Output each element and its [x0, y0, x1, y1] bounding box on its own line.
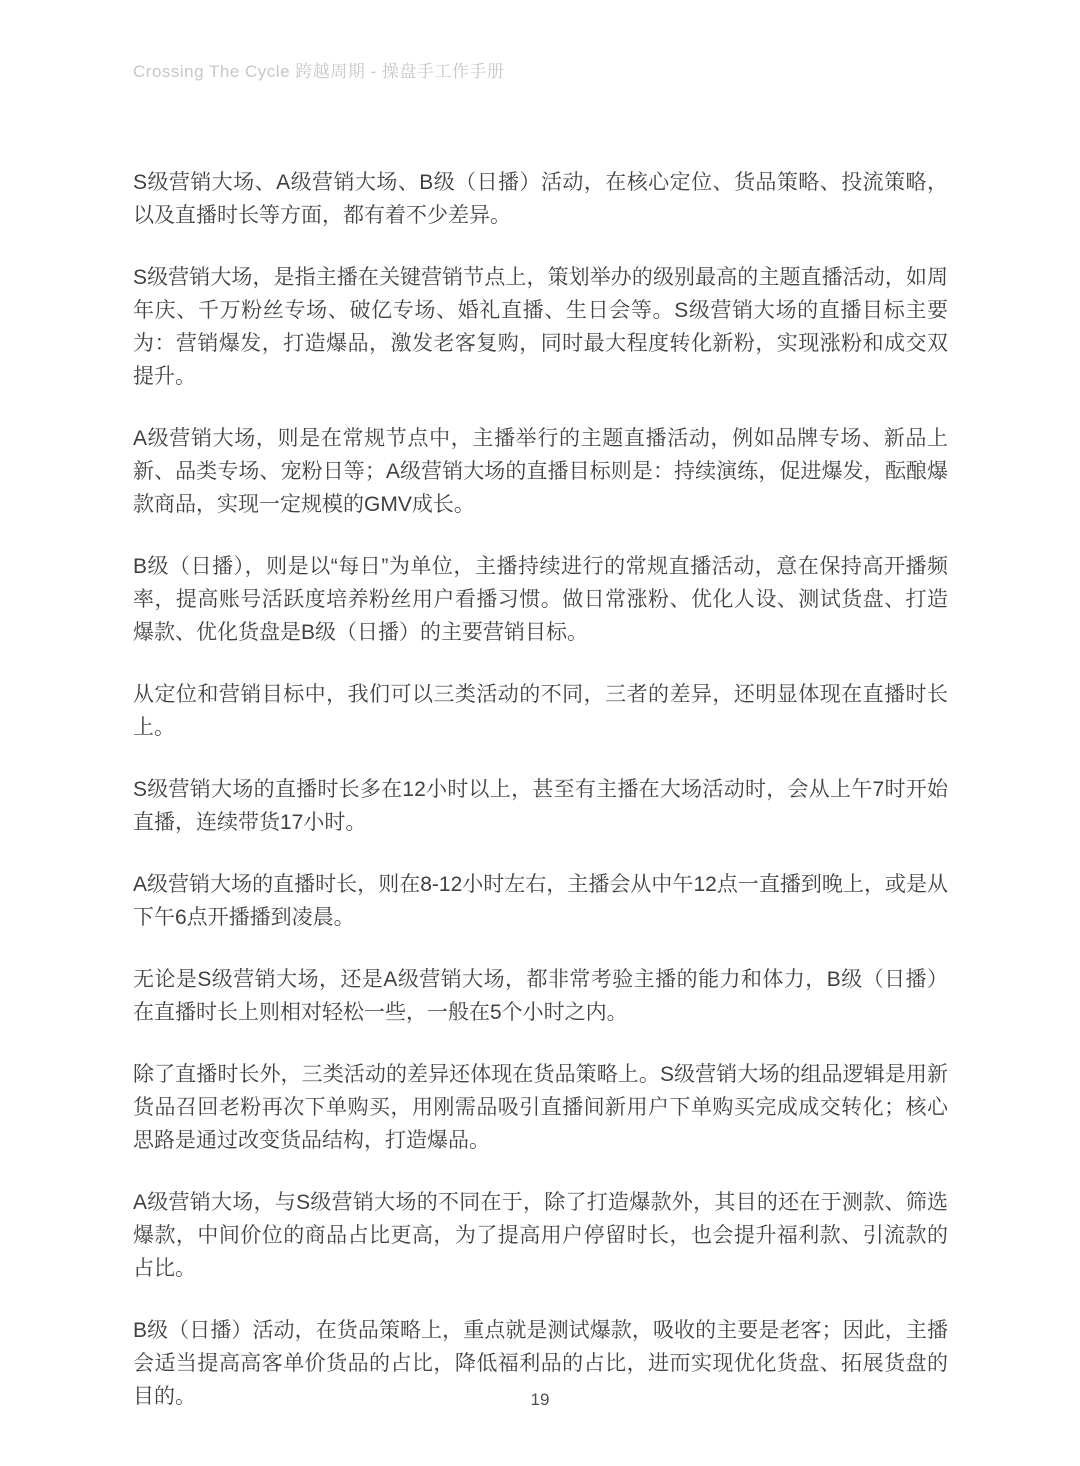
- paragraph-2: S级营销大场，是指主播在关键营销节点上，策划举办的级别最高的主题直播活动，如周年…: [133, 261, 948, 393]
- paragraph-4: B级（日播），则是以“每日”为单位，主播持续进行的常规直播活动，意在保持高开播频…: [133, 550, 948, 649]
- page-number: 19: [0, 1390, 1080, 1410]
- paragraph-10: A级营销大场，与S级营销大场的不同在于，除了打造爆款外，其目的还在于测款、筛选爆…: [133, 1186, 948, 1285]
- paragraph-5: 从定位和营销目标中，我们可以三类活动的不同，三者的差异，还明显体现在直播时长上。: [133, 678, 948, 744]
- paragraph-8: 无论是S级营销大场，还是A级营销大场，都非常考验主播的能力和体力，B级（日播）在…: [133, 963, 948, 1029]
- paragraph-9: 除了直播时长外，三类活动的差异还体现在货品策略上。S级营销大场的组品逻辑是用新货…: [133, 1058, 948, 1157]
- document-page: Crossing The Cycle 跨越周期 - 操盘手工作手册 S级营销大场…: [0, 0, 1080, 1466]
- running-header: Crossing The Cycle 跨越周期 - 操盘手工作手册: [133, 60, 948, 84]
- paragraph-3: A级营销大场，则是在常规节点中，主播举行的主题直播活动，例如品牌专场、新品上新、…: [133, 422, 948, 521]
- paragraph-1: S级营销大场、A级营销大场、B级（日播）活动，在核心定位、货品策略、投流策略，以…: [133, 166, 948, 232]
- paragraph-6: S级营销大场的直播时长多在12小时以上，甚至有主播在大场活动时，会从上午7时开始…: [133, 773, 948, 839]
- paragraph-7: A级营销大场的直播时长，则在8-12小时左右，主播会从中午12点一直播到晚上，或…: [133, 868, 948, 934]
- document-body: S级营销大场、A级营销大场、B级（日播）活动，在核心定位、货品策略、投流策略，以…: [133, 166, 948, 1442]
